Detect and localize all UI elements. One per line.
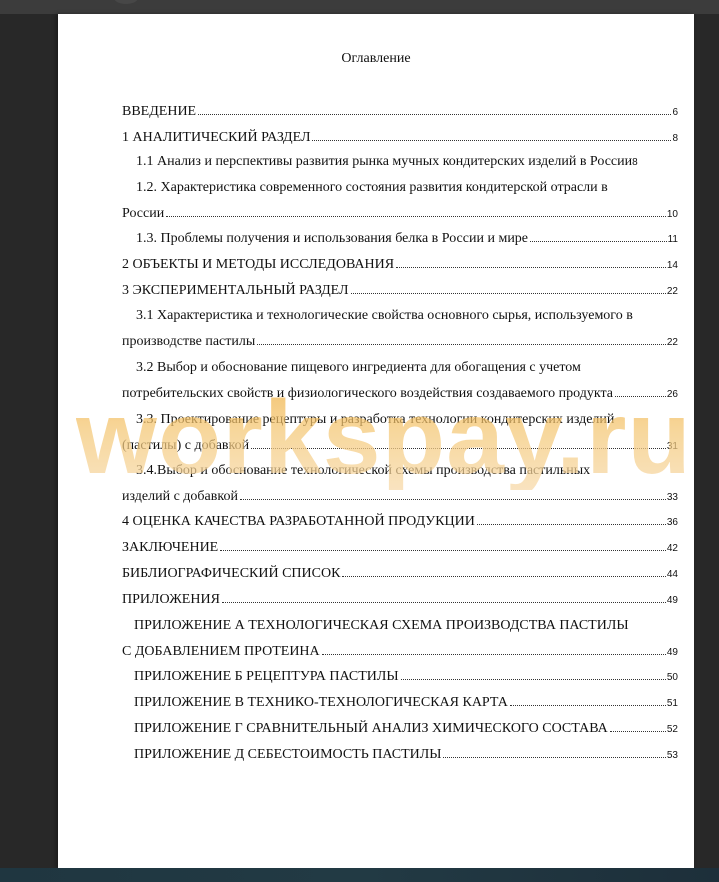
toc-entry-first-line: 3.1 Характеристика и технологические сво…: [122, 307, 678, 325]
dot-leader: [615, 395, 666, 397]
dot-leader: [351, 292, 666, 294]
toc-entry-text: БИБЛИОГРАФИЧЕСКИЙ СПИСОК: [122, 565, 340, 583]
toc-entry-first-line: 3.2 Выбор и обоснование пищевого ингреди…: [122, 359, 678, 377]
dot-leader: [342, 575, 665, 577]
dot-leader: [401, 678, 666, 680]
toc-entry-appendices[interactable]: ПРИЛОЖЕНИЯ 49: [122, 591, 678, 610]
toc-page-number: 22: [667, 334, 678, 352]
toc-entry-section-1-2[interactable]: 1.2. Характеристика современного состоян…: [122, 179, 678, 224]
toc-entry-section-1[interactable]: 1 АНАЛИТИЧЕСКИЙ РАЗДЕЛ 8: [122, 129, 678, 148]
toc-entry-section-3[interactable]: 3 ЭКСПЕРИМЕНТАЛЬНЫЙ РАЗДЕЛ 22: [122, 282, 678, 301]
toc-page-number: 53: [667, 747, 678, 765]
dot-leader: [220, 549, 666, 551]
toc-entry-text: 3 ЭКСПЕРИМЕНТАЛЬНЫЙ РАЗДЕЛ: [122, 282, 349, 300]
toc-page-number: 6: [672, 104, 678, 122]
toc-entry-text: (пастилы) с добавкой: [122, 437, 249, 455]
toc-entry-section-4[interactable]: 4 ОЦЕНКА КАЧЕСТВА РАЗРАБОТАННОЙ ПРОДУКЦИ…: [122, 513, 678, 532]
dot-leader: [166, 215, 666, 217]
toc-entry-first-line: 3.4.Выбор и обоснование технологической …: [122, 462, 678, 480]
toc-entry-text: ПРИЛОЖЕНИЕ В ТЕХНИКО-ТЕХНОЛОГИЧЕСКАЯ КАР…: [122, 694, 508, 712]
toc-entry-conclusion[interactable]: ЗАКЛЮЧЕНИЕ42: [122, 539, 678, 558]
toc-entry-section-1-3[interactable]: 1.3. Проблемы получения и использования …: [122, 230, 678, 249]
toc-entry-text: ЗАКЛЮЧЕНИЕ: [122, 539, 218, 557]
dot-leader: [322, 653, 666, 655]
toc-entry-text: 1.3. Проблемы получения и использования …: [122, 230, 528, 248]
toc-entry-appendix-g[interactable]: ПРИЛОЖЕНИЕ Г СРАВНИТЕЛЬНЫЙ АНАЛИЗ ХИМИЧЕ…: [122, 720, 678, 739]
toc-entry-text: 2 ОБЪЕКТЫ И МЕТОДЫ ИССЛЕДОВАНИЯ: [122, 256, 394, 274]
toc-page-number: 50: [667, 669, 678, 687]
toc-page-number: 44: [667, 566, 678, 584]
dot-leader: [396, 266, 666, 268]
toc-page-number: 26: [667, 386, 678, 404]
toc-entry-text: 1.1 Анализ и перспективы развития рынка …: [122, 153, 632, 171]
toc-entry-section-3-3[interactable]: 3.3. Проектирование рецептуры и разработ…: [122, 411, 678, 456]
toc-page-number: 8: [672, 130, 678, 148]
dot-leader: [257, 343, 666, 345]
toc-entry-appendix-d[interactable]: ПРИЛОЖЕНИЕ Д СЕБЕСТОИМОСТЬ ПАСТИЛЫ 53: [122, 746, 678, 765]
toc-entry-text: ПРИЛОЖЕНИЕ Д СЕБЕСТОИМОСТЬ ПАСТИЛЫ: [122, 746, 441, 764]
toc-entry-text: 1 АНАЛИТИЧЕСКИЙ РАЗДЕЛ: [122, 129, 310, 147]
toc-page-number: 49: [667, 644, 678, 662]
toc-entry-text: ПРИЛОЖЕНИЕ Б РЕЦЕПТУРА ПАСТИЛЫ: [122, 668, 399, 686]
toc-page-number: 22: [667, 283, 678, 301]
toc-entry-text: изделий с добавкой: [122, 488, 238, 506]
toc-entry-text: 4 ОЦЕНКА КАЧЕСТВА РАЗРАБОТАННОЙ ПРОДУКЦИ…: [122, 513, 475, 531]
toc-entry-first-line: 1.2. Характеристика современного состоян…: [122, 179, 678, 197]
toc-entry-section-1-1[interactable]: 1.1 Анализ и перспективы развития рынка …: [122, 153, 678, 172]
toc-entry-text: ВВЕДЕНИЕ: [122, 103, 196, 121]
dot-leader: [477, 523, 666, 525]
toc-entry-text: ПРИЛОЖЕНИЕ Г СРАВНИТЕЛЬНЫЙ АНАЛИЗ ХИМИЧЕ…: [122, 720, 608, 738]
toc-page-number: 51: [667, 695, 678, 713]
toc-page-number: 36: [667, 514, 678, 532]
toc-entry-text: С ДОБАВЛЕНИЕМ ПРОТЕИНА: [122, 643, 320, 661]
dot-leader: [610, 730, 666, 732]
toc-page-number: 11: [668, 231, 678, 249]
toc-entry-introduction[interactable]: ВВЕДЕНИЕ6: [122, 103, 678, 122]
toc-entry-text: производстве пастилы: [122, 333, 255, 351]
toc-entry-bibliography[interactable]: БИБЛИОГРАФИЧЕСКИЙ СПИСОК44: [122, 565, 678, 584]
toc-entry-section-3-1[interactable]: 3.1 Характеристика и технологические сво…: [122, 307, 678, 352]
toc-entry-section-2[interactable]: 2 ОБЪЕКТЫ И МЕТОДЫ ИССЛЕДОВАНИЯ14: [122, 256, 678, 275]
toc-entry-appendix-a[interactable]: ПРИЛОЖЕНИЕ А ТЕХНОЛОГИЧЕСКАЯ СХЕМА ПРОИЗ…: [122, 617, 678, 662]
toc-page-number: 49: [667, 592, 678, 610]
dot-leader: [312, 139, 671, 141]
toc-entry-text: России: [122, 205, 164, 223]
scroll-indicator[interactable]: [114, 0, 138, 4]
dot-leader: [510, 704, 666, 706]
toc-entry-first-line: ПРИЛОЖЕНИЕ А ТЕХНОЛОГИЧЕСКАЯ СХЕМА ПРОИЗ…: [122, 617, 678, 635]
dot-leader: [443, 756, 665, 758]
toc-entry-appendix-v[interactable]: ПРИЛОЖЕНИЕ В ТЕХНИКО-ТЕХНОЛОГИЧЕСКАЯ КАР…: [122, 694, 678, 713]
document-page: Оглавление ВВЕДЕНИЕ6 1 АНАЛИТИЧЕСКИЙ РАЗ…: [58, 14, 694, 868]
toc-entry-section-3-4[interactable]: 3.4.Выбор и обоснование технологической …: [122, 462, 678, 507]
dot-leader: [198, 113, 671, 115]
viewer-top-bar: [0, 0, 719, 14]
toc-entry-appendix-b[interactable]: ПРИЛОЖЕНИЕ Б РЕЦЕПТУРА ПАСТИЛЫ50: [122, 668, 678, 687]
dot-leader: [530, 240, 667, 242]
toc-page-number: 31: [667, 438, 678, 456]
toc-title: Оглавление: [58, 51, 694, 67]
toc-page-number: 10: [667, 206, 678, 224]
toc-page-number: 42: [667, 540, 678, 558]
toc-page-number: 14: [667, 257, 678, 275]
toc-page-number: 8: [632, 154, 638, 172]
toc-entry-text: ПРИЛОЖЕНИЯ: [122, 591, 220, 609]
toc-page-number: 52: [667, 721, 678, 739]
toc-page-number: 33: [667, 489, 678, 507]
taskbar-strip: [0, 868, 719, 882]
toc-entry-section-3-2[interactable]: 3.2 Выбор и обоснование пищевого ингреди…: [122, 359, 678, 404]
dot-leader: [240, 498, 666, 500]
toc-entry-text: потребительских свойств и физиологическо…: [122, 385, 613, 403]
dot-leader: [251, 447, 666, 449]
toc-entry-first-line: 3.3. Проектирование рецептуры и разработ…: [122, 411, 678, 429]
dot-leader: [222, 601, 666, 603]
